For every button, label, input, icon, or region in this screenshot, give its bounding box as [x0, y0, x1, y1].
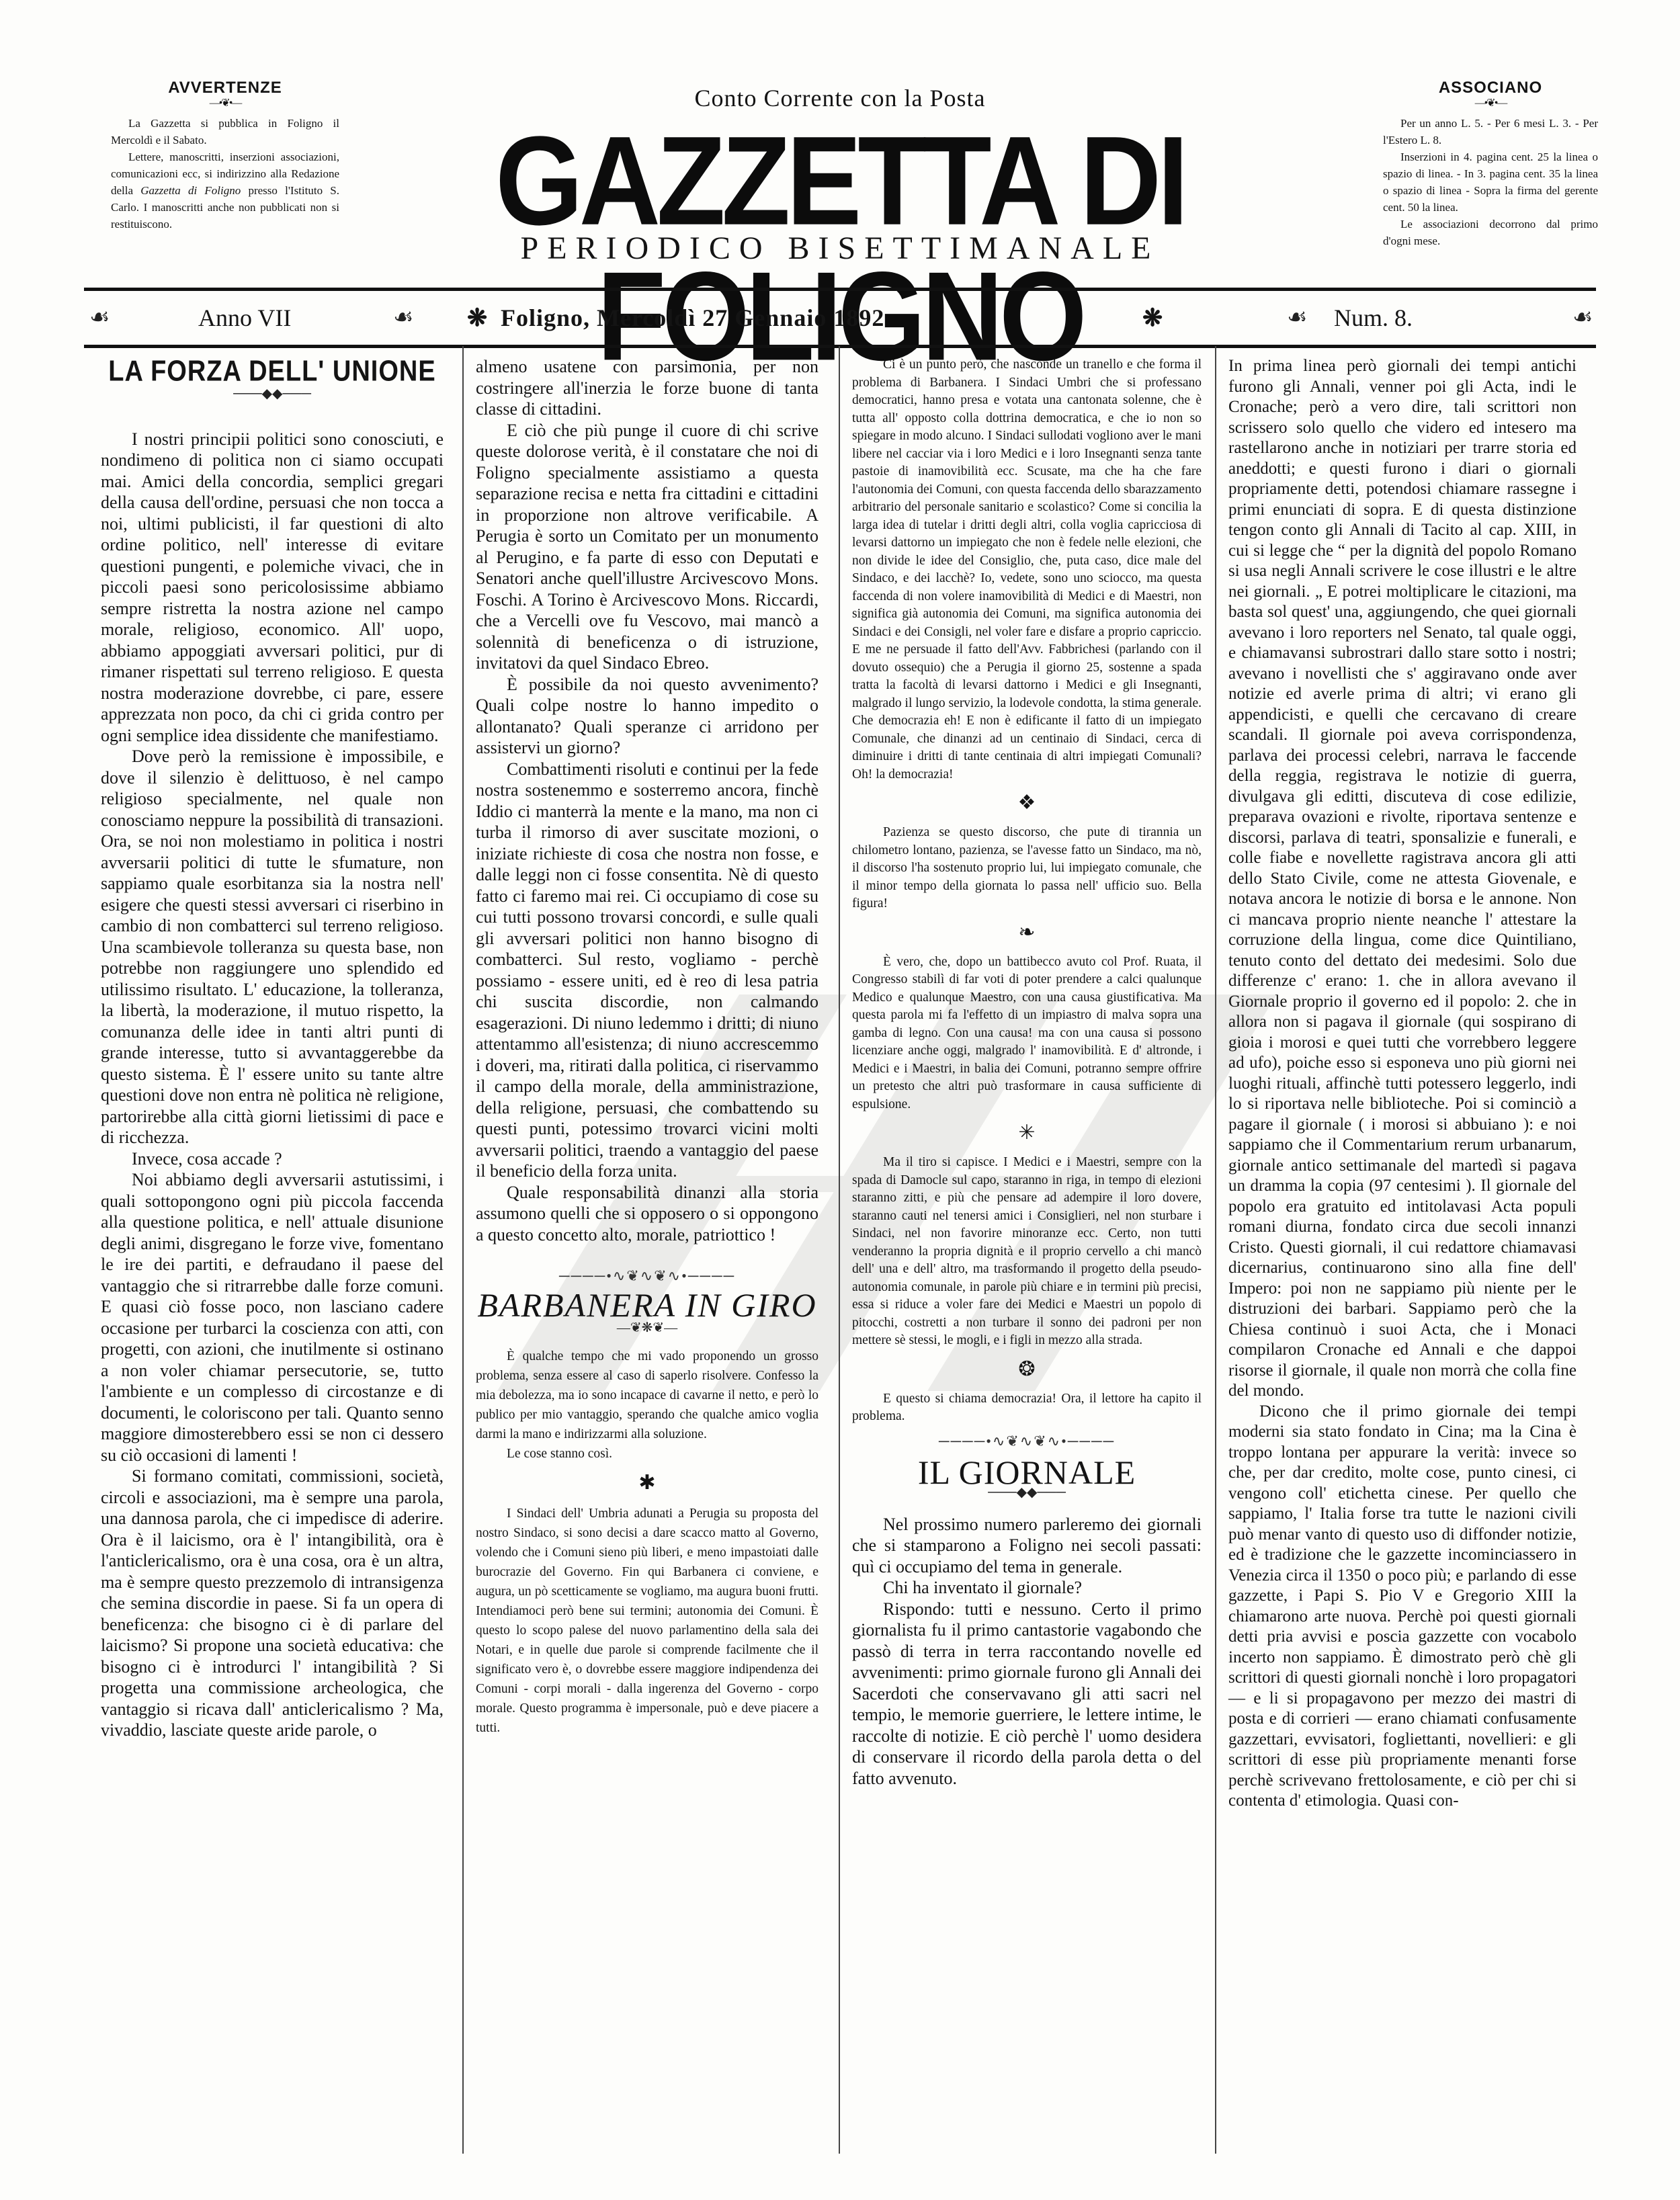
paragraph: Nel prossimo numero parleremo dei giorna…: [852, 1514, 1202, 1578]
headline-barbanera: BARBANERA IN GIRO: [476, 1295, 818, 1316]
paragraph: Si formano comitati, commissioni, societ…: [101, 1466, 444, 1741]
paragraph: Combattimenti risoluti e continui per la…: [476, 759, 818, 1182]
section-divider-icon: ────•∿❦∿❦∿•────: [476, 1265, 818, 1287]
newspaper-subtitle: PERIODICO BISETTIMANALE: [0, 230, 1680, 267]
column-rule: [462, 346, 464, 2154]
paragraph: È possibile da noi questo avvenimento? Q…: [476, 674, 818, 759]
column-rule: [839, 346, 840, 2154]
star-icon: ❂: [852, 1359, 1202, 1380]
date-ornament-left-icon: ❋: [467, 291, 487, 345]
column-rule: [1215, 346, 1216, 2154]
paragraph: Ma il tiro si capisce. I Medici e i Maes…: [852, 1154, 1202, 1350]
paragraph: È qualche tempo che mi vado proponendo u…: [476, 1347, 818, 1444]
paragraph: Le cose stanno così.: [476, 1444, 818, 1464]
paragraph: Quale responsabilità dinanzi alla storia…: [476, 1182, 818, 1246]
newspaper-page: AVVERTENZE —•❦•— La Gazzetta si pubblica…: [0, 0, 1680, 2200]
fleuron-icon: ☙: [1287, 299, 1307, 337]
paragraph: Invece, cosa accade ?: [101, 1148, 444, 1170]
issue-date: Foligno, Mercoldì 27 Gennaio 1892: [501, 291, 884, 345]
paragraph: I nostri principii politici sono conosci…: [101, 429, 444, 747]
section-divider-icon: ────•∿❦∿❦∿•────: [852, 1433, 1202, 1451]
headline-rule-icon: ───◆◆───: [852, 1484, 1202, 1500]
paragraph: Pazienza se questo discorso, che pute di…: [852, 824, 1202, 913]
paragraph: In prima linea però giornali dei tempi a…: [1228, 356, 1577, 1402]
paragraph: Ci è un punto però, che nasconde un tran…: [852, 356, 1202, 784]
date-ornament-right-icon: ❋: [1142, 291, 1163, 345]
column-4: In prima linea però giornali dei tempi a…: [1228, 356, 1577, 1812]
diamond-icon: ❖: [852, 793, 1202, 813]
fleuron-icon: ☙: [89, 299, 110, 337]
paragraph: Rispondo: tutti e nessuno. Certo il prim…: [852, 1599, 1202, 1789]
dateline-bar: ☙ Anno VII ☙ ❋ Foligno, Mercoldì 27 Genn…: [84, 288, 1596, 348]
postal-line: Conto Corrente con la Posta: [0, 84, 1680, 112]
avvertenze-text-1: La Gazzetta si pubblica in Foligno il Me…: [111, 115, 339, 149]
fleuron-icon: ☙: [393, 299, 413, 337]
associano-prices: Per un anno L. 5. - Per 6 mesi L. 3. - P…: [1383, 115, 1598, 149]
article-forza-unione: LA FORZA DELL' UNIONE ───◆◆─── I nostri …: [101, 356, 444, 1741]
snail-icon: ❧: [852, 923, 1202, 943]
column-2: almeno usatene con parsimonia, per non c…: [476, 356, 818, 1738]
paragraph: almeno usatene con parsimonia, per non c…: [476, 356, 818, 420]
paragraph: Dicono che il primo giornale dei tempi m…: [1228, 1402, 1577, 1812]
headline-forza-unione: LA FORZA DELL' UNIONE: [101, 360, 444, 384]
paragraph: E ciò che più punge il cuore di chi scri…: [476, 420, 818, 674]
column-3: Ci è un punto però, che nasconde un tran…: [852, 356, 1202, 1789]
year-label: Anno VII: [198, 291, 291, 345]
avvertenze-gazette-name: Gazzetta di Foligno: [140, 184, 241, 197]
asterism-icon: ✱: [476, 1473, 818, 1493]
headline-il-giornale: IL GIORNALE: [852, 1464, 1202, 1482]
bug-icon: ✳: [852, 1123, 1202, 1143]
paragraph: Chi ha inventato il giornale?: [852, 1577, 1202, 1599]
paragraph: I Sindaci dell' Umbria adunati a Perugia…: [476, 1504, 818, 1738]
associano-insertions: Inserzioni in 4. pagina cent. 25 la line…: [1383, 149, 1598, 216]
paragraph: Noi abbiamo degli avversarii astutissimi…: [101, 1169, 444, 1466]
paragraph: E questo si chiama democrazia! Ora, il l…: [852, 1390, 1202, 1426]
paragraph: È vero, che, dopo un battibecco avuto co…: [852, 954, 1202, 1114]
fleuron-icon: ☙: [1572, 299, 1593, 337]
issue-number: Num. 8.: [1334, 291, 1413, 345]
paragraph: Dove però la remissione è impossibile, e…: [101, 746, 444, 1148]
headline-rule-icon: ───◆◆───: [101, 386, 444, 402]
